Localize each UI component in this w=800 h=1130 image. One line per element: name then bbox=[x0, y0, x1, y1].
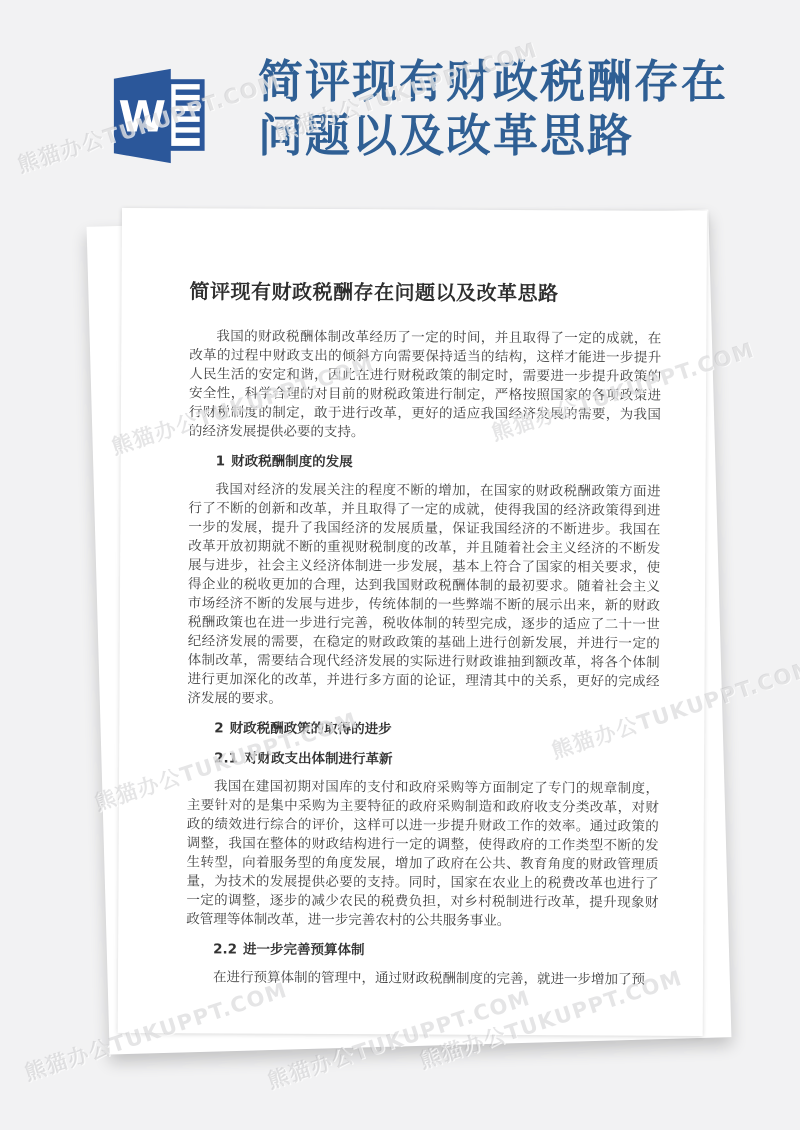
document-page: 简评现有财政税酬存在问题以及改革思路 我国的财政税酬体制改革经历了一定的时间，并… bbox=[118, 208, 707, 1036]
section-heading-text: 财政税酬制度的发展 bbox=[231, 454, 353, 471]
preview-title: 简评现有财政税酬存在 问题以及改革思路 bbox=[258, 55, 738, 163]
svg-text:W: W bbox=[119, 93, 167, 143]
document-preview-screenshot: { "header": { "icon": "word-document-ico… bbox=[0, 0, 800, 1130]
document-body: 我国的财政税酬体制改革经历了一定的时间，并且取得了一定的成就，在改革的过程中财政… bbox=[186, 327, 661, 989]
section-heading-text: 财政税酬政策的取得的进步 bbox=[230, 721, 392, 738]
section-number: 2 bbox=[214, 720, 223, 736]
section-number: 2.2 bbox=[213, 941, 237, 957]
section-heading-1: 1财政税酬制度的发展 bbox=[189, 452, 661, 473]
section-heading-text: 进一步完善预算体制 bbox=[243, 942, 365, 959]
section-number: 1 bbox=[216, 453, 225, 469]
preview-canvas: W 简评现有财政税酬存在 问题以及改革思路 简评现有财政税酬存在问题以及改革思路… bbox=[0, 0, 800, 1130]
word-icon: W bbox=[108, 66, 210, 166]
paragraph: 我国对经济的发展关注的程度不断的增加，在国家的财政税酬政策方面进行了不断的创新和… bbox=[187, 480, 660, 710]
document-title: 简评现有财政税酬存在问题以及改革思路 bbox=[189, 276, 661, 308]
section-heading-2-1: 2.1对财政支出体制进行革新 bbox=[187, 749, 659, 770]
section-heading-2-2: 2.2进一步完善预算体制 bbox=[186, 940, 658, 961]
paragraph: 我国在建国初期对国库的支付和政府采购等方面制定了专门的规章制度，主要针对的是集中… bbox=[186, 777, 659, 931]
section-number: 2.1 bbox=[214, 750, 238, 766]
section-heading-text: 对财政支出体制进行革新 bbox=[244, 751, 393, 768]
paragraph: 在进行预算体制的管理中，通过财政税酬制度的完善，就进一步增加了预 bbox=[186, 968, 658, 989]
paragraph: 我国的财政税酬体制改革经历了一定的时间，并且取得了一定的成就，在改革的过程中财政… bbox=[189, 327, 662, 443]
section-heading-2: 2财政税酬政策的取得的进步 bbox=[187, 719, 659, 740]
preview-title-line2: 问题以及改革思路 bbox=[258, 109, 738, 163]
preview-title-line1: 简评现有财政税酬存在 bbox=[258, 55, 738, 109]
